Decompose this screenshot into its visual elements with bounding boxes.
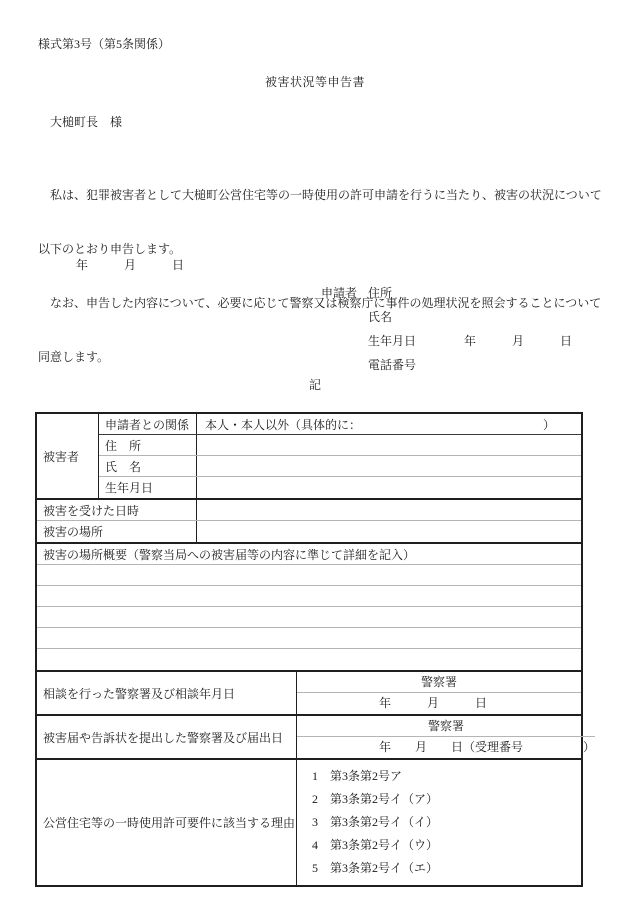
relation-value-text: 本人・本人以外（具体的に： [205, 416, 361, 433]
victim-address-label: 住 所 [99, 435, 197, 455]
applicant-field-birthdate: 生年月日 年 月 日 [368, 334, 572, 348]
form-number: 様式第3号（第5条関係） [38, 37, 170, 52]
victim-address-field[interactable] [197, 435, 581, 455]
overview-blank-line[interactable] [37, 607, 581, 628]
reason-item[interactable]: 5 第3条第2号イ（エ） [312, 857, 581, 880]
relation-value-cell[interactable]: 本人・本人以外（具体的に： ） [197, 414, 581, 434]
page-title: 被害状況等申告書 [0, 75, 630, 90]
relation-value-paren: ） [543, 416, 555, 433]
overview-blank-line[interactable] [37, 565, 581, 586]
damage-datetime-label: 被害を受けた日時 [37, 500, 197, 520]
table-row: 住 所 [99, 435, 581, 456]
damage-place-label: 被害の場所 [37, 521, 197, 542]
addressee: 大槌町長 様 [50, 115, 122, 130]
applicant-birthdate-row[interactable]: 生年月日 年 月 日 [321, 332, 572, 349]
overview-blank-line[interactable] [37, 586, 581, 607]
table-row: 被害の場所 [37, 521, 581, 542]
reason-item[interactable]: 3 第3条第2号イ（イ） [312, 811, 581, 834]
reason-list: 1 第3条第2号ア 2 第3条第2号イ（ア） 3 第3条第2号イ（イ） 4 第3… [297, 760, 581, 885]
consultation-date-field[interactable]: 年 月 日 [297, 693, 581, 714]
consultation-station-field[interactable]: 警察署 [297, 672, 581, 693]
applicant-phone-row[interactable]: 電話番号 [321, 356, 416, 373]
consultation-label: 相談を行った警察署及び相談年月日 [37, 672, 297, 714]
overview-blank-line[interactable] [37, 649, 581, 670]
applicant-name-row[interactable]: 氏名 [321, 308, 392, 325]
reason-item[interactable]: 1 第3条第2号ア [312, 765, 581, 788]
applicant-label: 申請者 [321, 284, 368, 301]
reason-item[interactable]: 4 第3条第2号イ（ウ） [312, 834, 581, 857]
damage-place-field[interactable] [197, 521, 581, 542]
applicant-address-row[interactable]: 申請者住所 [321, 284, 392, 301]
table-row: 被害を受けた日時 [37, 500, 581, 521]
damage-info-section: 被害を受けた日時 被害の場所 [37, 498, 581, 542]
reason-item[interactable]: 2 第3条第2号イ（ア） [312, 788, 581, 811]
submission-date-line[interactable]: 年 月 日 [76, 258, 184, 273]
record-heading: 記 [0, 378, 630, 393]
report-filed-station-field[interactable]: 警察署 [297, 716, 595, 737]
relation-label: 申請者との関係 [99, 414, 197, 434]
report-filed-section: 被害届や告訴状を提出した警察署及び届出日 警察署 年 月 日（受理番号 ） [37, 714, 581, 758]
damage-overview-section: 被害の場所概要（警察当局への被害届等の内容に準じて詳細を記入） [37, 542, 581, 670]
applicant-field-address: 住所 [368, 286, 392, 300]
reason-section: 公営住宅等の一時使用許可要件に該当する理由 1 第3条第2号ア 2 第3条第2号… [37, 758, 581, 885]
document-page: 様式第3号（第5条関係） 被害状況等申告書 大槌町長 様 私は、犯罪被害者として… [0, 0, 630, 903]
victim-section: 被害者 申請者との関係 本人・本人以外（具体的に： ） 住 所 氏 名 [37, 414, 581, 498]
damage-overview-header: 被害の場所概要（警察当局への被害届等の内容に準じて詳細を記入） [37, 544, 581, 565]
applicant-field-phone: 電話番号 [368, 358, 416, 372]
reason-label: 公営住宅等の一時使用許可要件に該当する理由 [37, 760, 297, 885]
victim-group-label: 被害者 [37, 414, 99, 498]
victim-name-label: 氏 名 [99, 456, 197, 476]
table-row: 氏 名 [99, 456, 581, 477]
table-row: 申請者との関係 本人・本人以外（具体的に： ） [99, 414, 581, 435]
victim-name-field[interactable] [197, 456, 581, 476]
report-filed-date-field[interactable]: 年 月 日（受理番号 ） [297, 737, 595, 758]
table-row: 生年月日 [99, 477, 581, 498]
paragraph-line: 私は、犯罪被害者として大槌町公営住宅等の一時使用の許可申請を行うに当たり、被害の… [38, 183, 613, 207]
overview-blank-line[interactable] [37, 628, 581, 649]
applicant-field-name: 氏名 [368, 310, 392, 324]
consultation-section: 相談を行った警察署及び相談年月日 警察署 年 月 日 [37, 670, 581, 714]
victim-birthdate-field[interactable] [197, 477, 581, 498]
victim-birthdate-label: 生年月日 [99, 477, 197, 498]
report-filed-label: 被害届や告訴状を提出した警察署及び届出日 [37, 716, 297, 758]
report-table: 被害者 申請者との関係 本人・本人以外（具体的に： ） 住 所 氏 名 [35, 412, 583, 887]
damage-datetime-field[interactable] [197, 500, 581, 520]
